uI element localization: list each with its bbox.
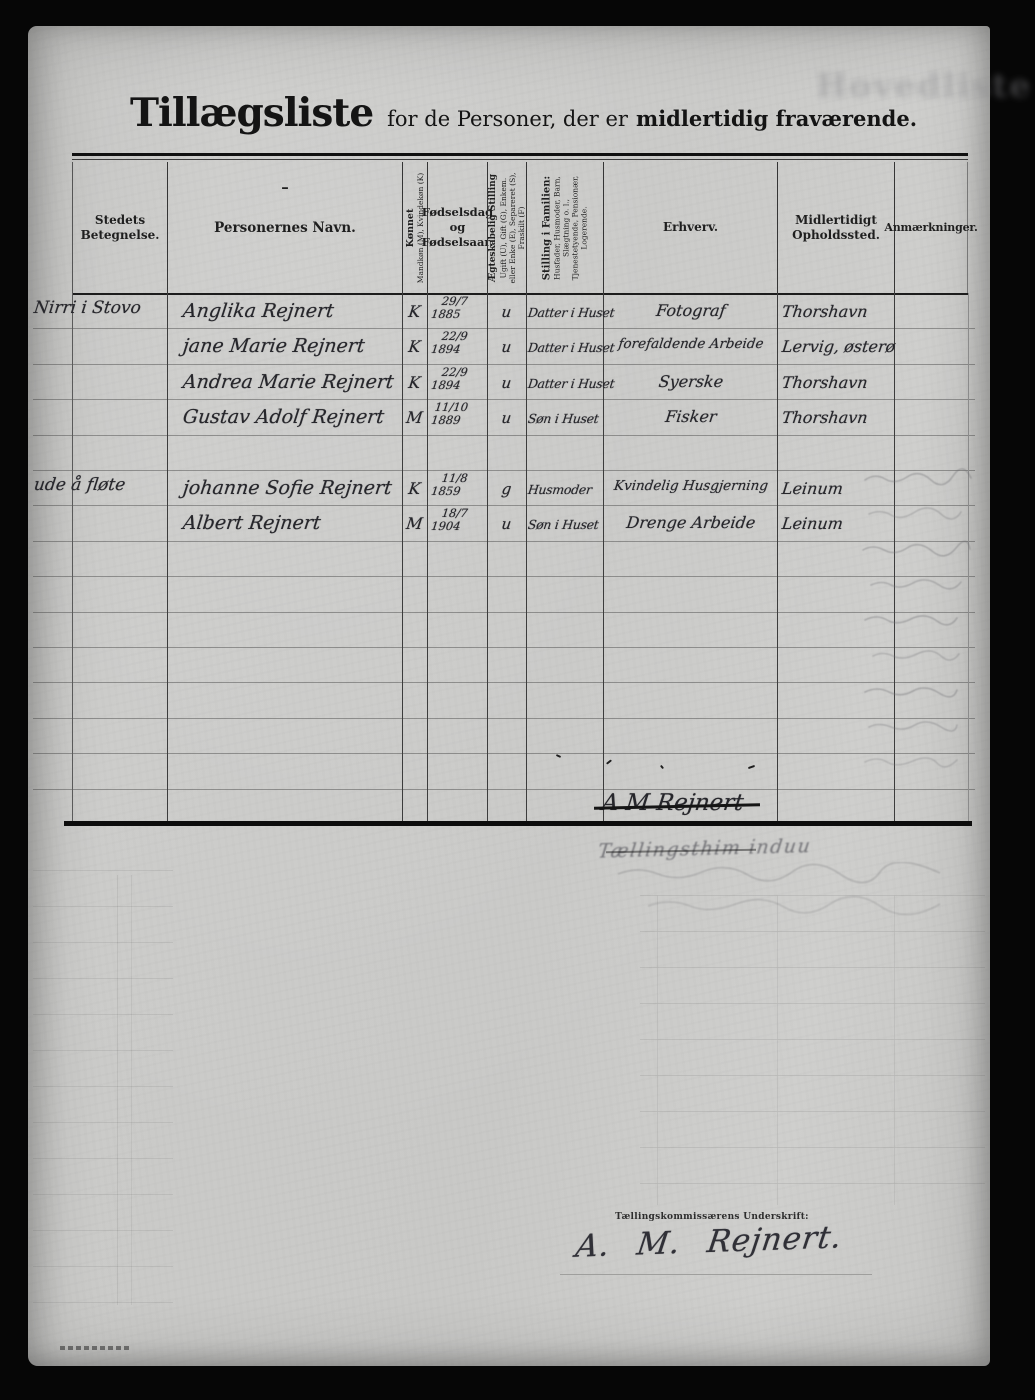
header-anmaerkninger: Anmærkninger. bbox=[894, 162, 968, 293]
header-personernes-navn: – Personernes Navn. bbox=[167, 162, 402, 293]
row-line bbox=[33, 612, 975, 613]
commissioner-signature: A. M. Rejnert. bbox=[574, 1219, 845, 1264]
signature-underline bbox=[560, 1274, 872, 1275]
bleed-through-scribbles bbox=[588, 862, 978, 932]
header-aegteskabelig-stilling: Ægteskabelig Stilling Ugift (U), Gift (G… bbox=[487, 162, 526, 293]
table-bottom-rule bbox=[64, 821, 972, 826]
cell-occupation: Drenge Arbeide bbox=[604, 513, 778, 532]
ink-speck bbox=[660, 765, 664, 769]
cell-birthdate: 11/101889 bbox=[430, 401, 468, 427]
cell-sex: K bbox=[401, 373, 428, 392]
cell-marital-status: u bbox=[486, 338, 527, 356]
printer-mark bbox=[60, 1346, 132, 1350]
cell-family-position: Datter i Huset bbox=[527, 340, 615, 355]
row-line bbox=[33, 576, 975, 577]
row-line bbox=[33, 328, 975, 329]
cell-sex: K bbox=[401, 479, 428, 498]
cell-residence: Leinum bbox=[781, 514, 844, 533]
cell-sex: K bbox=[401, 337, 428, 356]
bleed-through-left-margin bbox=[33, 870, 173, 1316]
header-stilling-i-familien: Stilling i Familien: Husfader, Husmoder,… bbox=[526, 162, 603, 293]
paper-sheet: Hovedliste Tillægslistefor de Personer, … bbox=[28, 26, 990, 1366]
cell-residence: Thorshavn bbox=[781, 373, 869, 392]
cell-place: Nirri i Stovo bbox=[33, 298, 142, 318]
cell-marital-status: u bbox=[486, 409, 527, 427]
table-header: StedetsBetegnelse. – Personernes Navn. K… bbox=[72, 162, 968, 295]
row-line bbox=[33, 364, 975, 365]
cell-name: Andrea Marie Rejnert bbox=[182, 371, 395, 393]
title-rule-thick bbox=[72, 153, 968, 156]
row-line bbox=[33, 789, 975, 790]
header-erhverv: Erhverv. bbox=[603, 162, 777, 293]
cell-name: jane Marie Rejnert bbox=[182, 335, 366, 357]
cell-occupation: Fisker bbox=[604, 407, 778, 426]
row-line bbox=[33, 647, 975, 648]
scanned-census-page: Hovedliste Tillægslistefor de Personer, … bbox=[0, 0, 1035, 1400]
row-line bbox=[33, 718, 975, 719]
cell-sex: M bbox=[401, 408, 428, 427]
cell-birthdate: 22/91894 bbox=[430, 330, 468, 356]
column-line bbox=[526, 293, 527, 824]
cell-marital-status: u bbox=[486, 303, 527, 321]
bleed-through-scribbles bbox=[861, 466, 977, 796]
cell-name: Gustav Adolf Rejnert bbox=[182, 406, 386, 428]
cell-family-position: Datter i Huset bbox=[527, 305, 615, 320]
bleed-through-line bbox=[777, 895, 778, 1205]
ink-speck bbox=[556, 754, 561, 758]
ink-speck bbox=[606, 759, 612, 764]
cell-birthdate: 18/71904 bbox=[430, 507, 468, 533]
bleed-through-line bbox=[117, 875, 118, 1305]
title-rule-thin bbox=[72, 159, 968, 160]
cell-sex: M bbox=[401, 514, 428, 533]
row-line bbox=[33, 753, 975, 754]
cell-residence: Thorshavn bbox=[781, 302, 869, 321]
row-line bbox=[33, 399, 975, 400]
cell-marital-status: u bbox=[486, 515, 527, 533]
cell-residence: Thorshavn bbox=[781, 408, 869, 427]
cell-birthdate: 11/81859 bbox=[430, 472, 468, 498]
cell-name: johanne Sofie Rejnert bbox=[182, 477, 393, 499]
cell-occupation: Syerske bbox=[604, 372, 778, 391]
cell-residence: Lervig, østerø bbox=[781, 337, 897, 356]
cell-sex: K bbox=[401, 302, 428, 321]
cell-birthdate: 29/71885 bbox=[430, 295, 468, 321]
crossed-out-signature: A M Rejnert bbox=[600, 790, 745, 816]
row-line bbox=[33, 470, 975, 471]
cell-family-position: Søn i Huset bbox=[527, 517, 599, 532]
column-line bbox=[487, 293, 488, 824]
header-foedselsdag: Fødselsdag og Fødselsaar. bbox=[427, 162, 487, 293]
cell-birthdate: 22/91894 bbox=[430, 366, 468, 392]
cell-residence: Leinum bbox=[781, 479, 844, 498]
bleed-through-grid bbox=[640, 895, 985, 1205]
bleed-through-line bbox=[894, 895, 895, 1205]
bleed-through-line bbox=[131, 875, 132, 1305]
column-line bbox=[72, 293, 73, 824]
cell-occupation: forefaldende Arbeide bbox=[604, 336, 778, 352]
row-line bbox=[33, 541, 975, 542]
cell-marital-status: g bbox=[486, 480, 527, 498]
form-title: Tillægslistefor de Personer, der ermidle… bbox=[130, 90, 970, 136]
cell-family-position: Søn i Huset bbox=[527, 411, 599, 426]
cell-occupation: Fotograf bbox=[604, 301, 778, 320]
column-line bbox=[167, 293, 168, 824]
cell-marital-status: u bbox=[486, 374, 527, 392]
cell-family-position: Datter i Huset bbox=[527, 376, 615, 391]
cell-family-position: Husmoder bbox=[527, 482, 593, 497]
form-title-rest: for de Personer, der er bbox=[387, 107, 628, 131]
row-line bbox=[33, 682, 975, 683]
header-midlertidigt-opholdssted: MidlertidigtOpholdssted. bbox=[777, 162, 894, 293]
form-title-emphasis: midlertidig fraværende. bbox=[636, 106, 917, 131]
ink-speck bbox=[748, 765, 755, 769]
cell-name: Albert Rejnert bbox=[182, 512, 322, 534]
cell-occupation: Kvindelig Husgjerning bbox=[604, 478, 778, 494]
bleed-through-line bbox=[657, 895, 658, 1205]
row-line bbox=[33, 435, 975, 436]
cell-name: Anglika Rejnert bbox=[182, 300, 335, 322]
row-line bbox=[33, 505, 975, 506]
cell-place: ude å fløte bbox=[33, 475, 127, 495]
column-line bbox=[603, 293, 604, 824]
header-stedets-betegnelse: StedetsBetegnelse. bbox=[72, 162, 167, 293]
form-title-main: Tillægsliste bbox=[130, 90, 373, 136]
